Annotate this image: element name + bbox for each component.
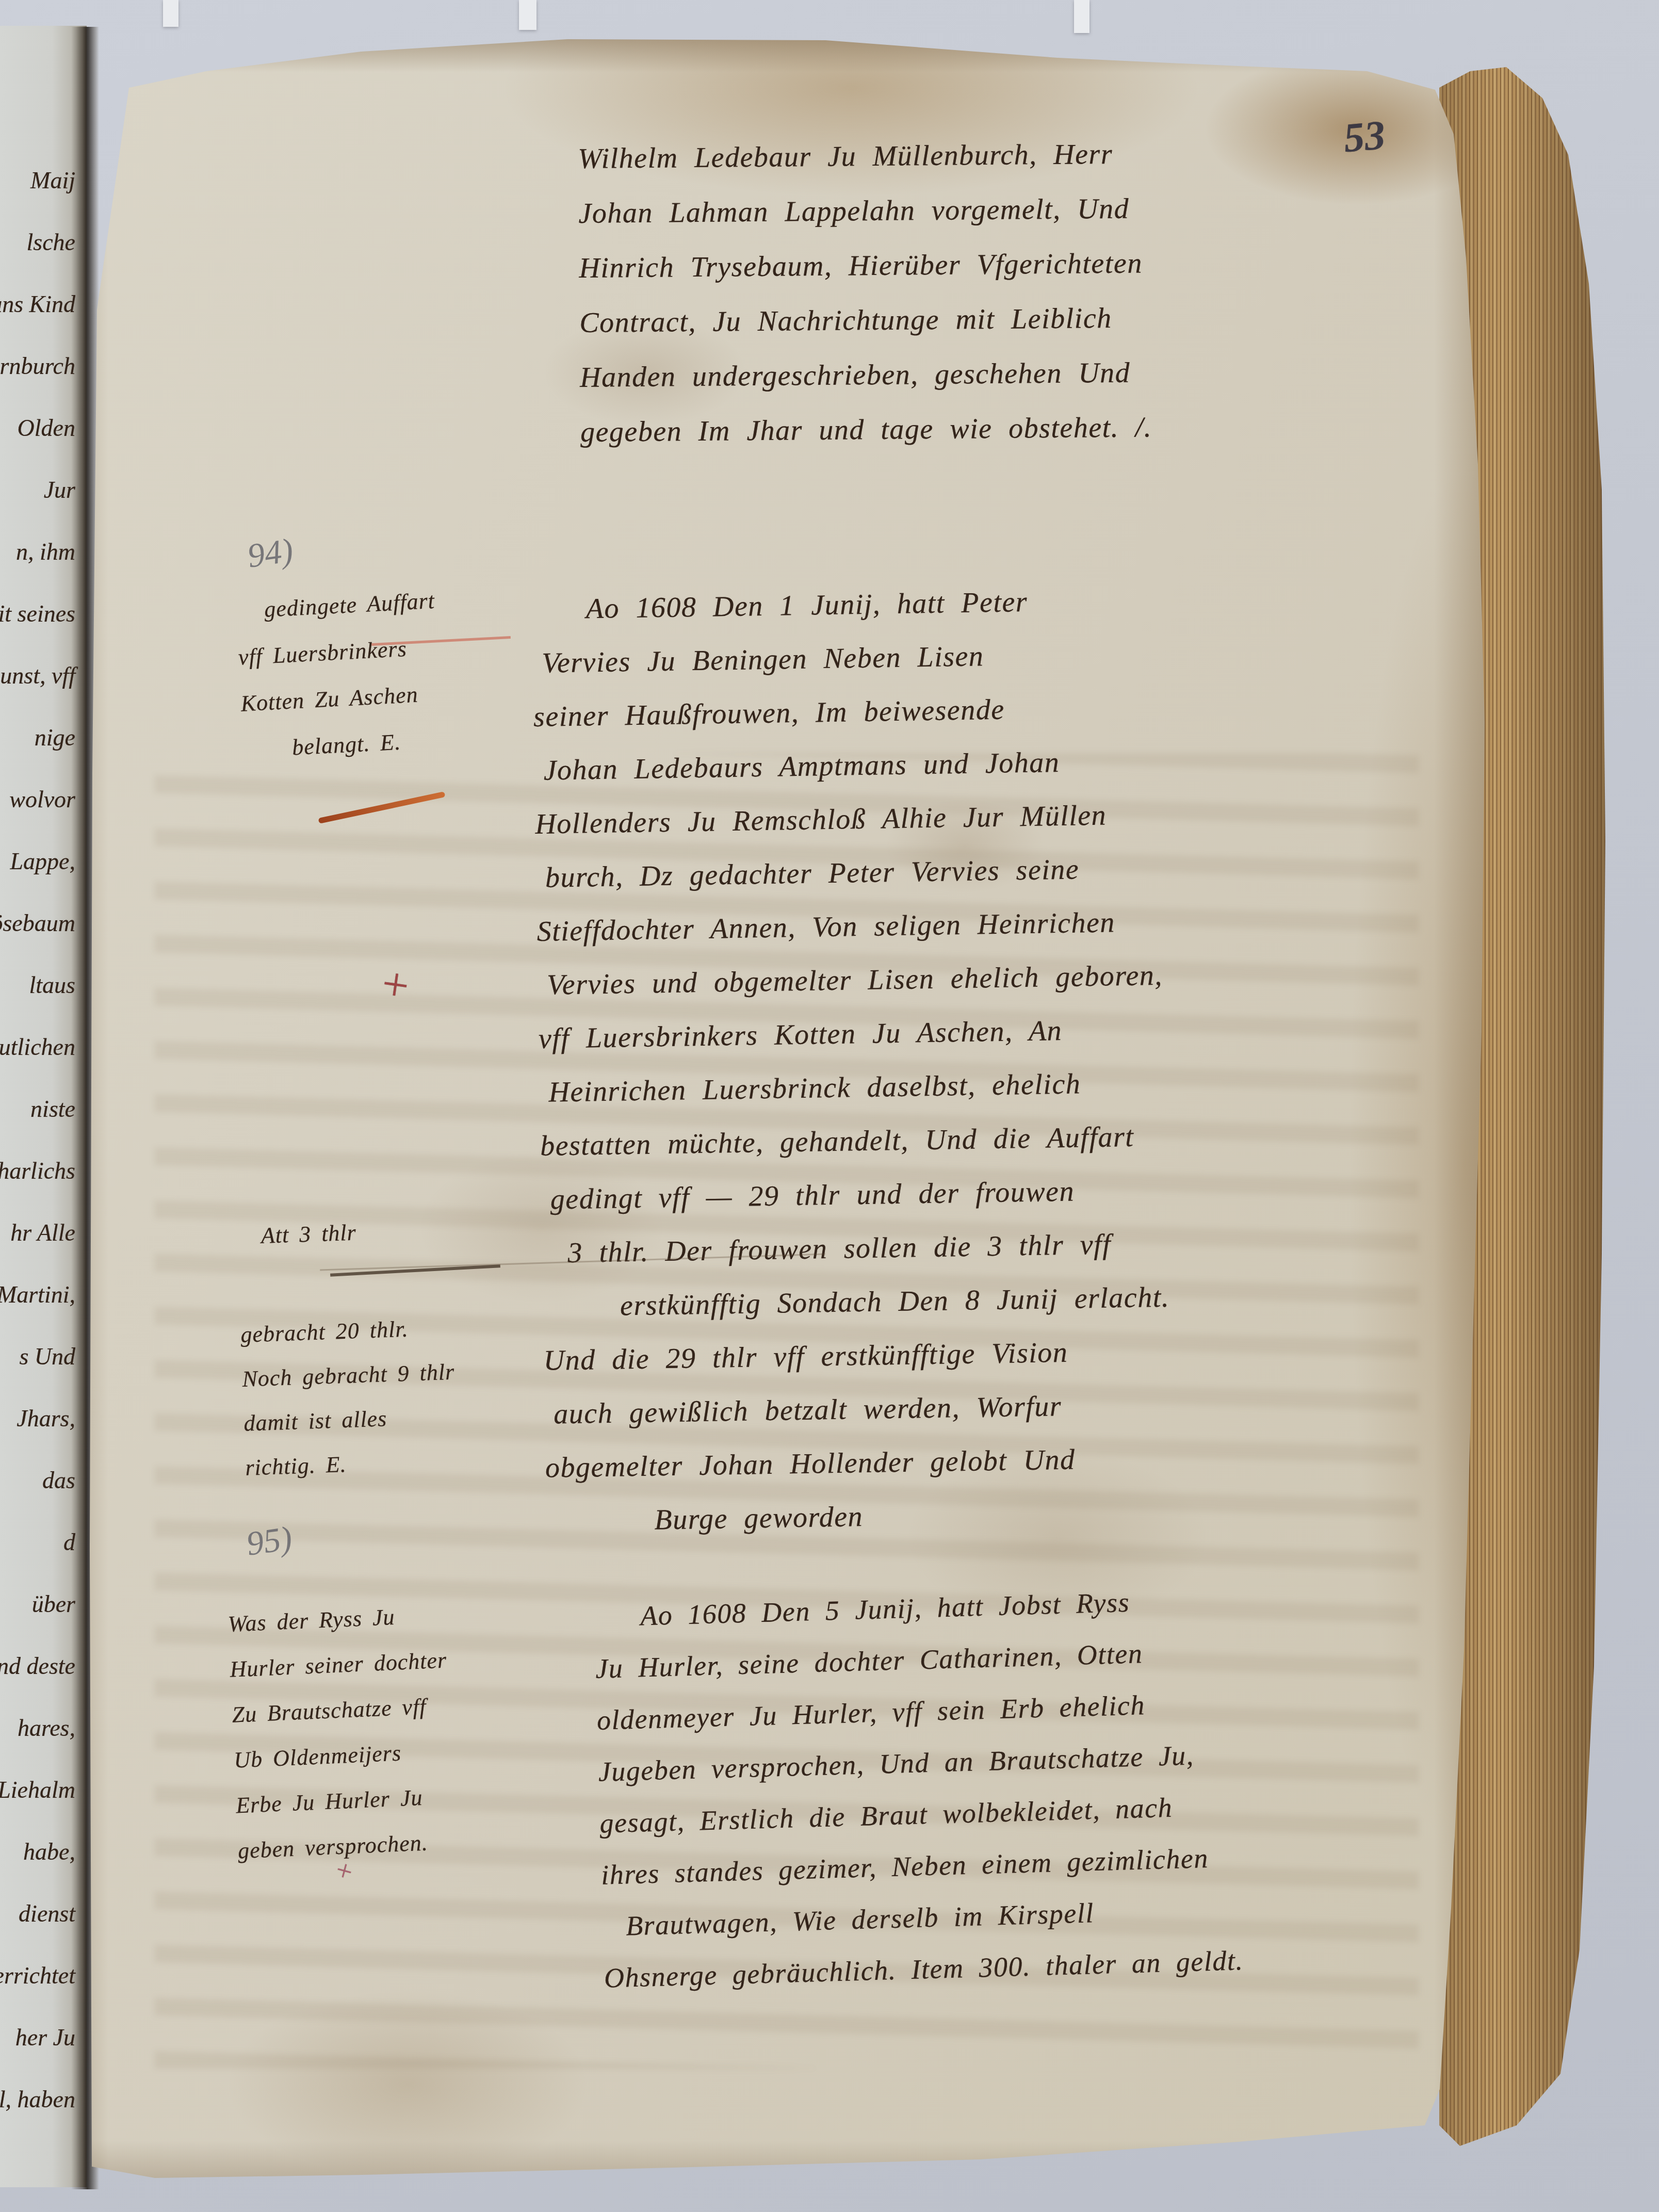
- text-line: Zeit seines: [0, 583, 80, 645]
- text-line: ltaus: [0, 954, 80, 1016]
- text-line: unst, vff: [0, 645, 80, 707]
- text-fragment: ltaus: [29, 954, 75, 1016]
- text-line: utlichen: [0, 1016, 80, 1078]
- text-line: n, ihm: [0, 521, 80, 583]
- text-line: Johan Lahman Lappelahn vorgemelt, Und: [578, 178, 1533, 241]
- text-fragment: hares,: [18, 1697, 75, 1759]
- text-line: dienst: [0, 1883, 80, 1945]
- text-line: Maij: [0, 150, 80, 212]
- text-line: Contract, Ju Nachrichtunge mit Leiblich: [579, 287, 1534, 350]
- text-fragment: über: [32, 1573, 75, 1635]
- text-line: her Ju: [0, 2007, 80, 2069]
- text-line: r Liehalm: [0, 1759, 80, 1821]
- text-line: l, haben: [0, 2069, 80, 2130]
- marginal-number-95: 95): [244, 1519, 295, 1564]
- text-line: Martini,: [0, 1264, 80, 1326]
- text-line: lsche: [0, 212, 80, 273]
- text-line: gegeben Im Jhar und tage wie obstehet. /…: [580, 397, 1535, 460]
- text-line: verrichtet: [0, 1945, 80, 2007]
- margin-note-entry2: Was der Ryss JuHurler seiner dochterZu B…: [227, 1592, 456, 1874]
- marginal-number-94: 94): [245, 531, 296, 576]
- margin-payment-note: gebracht 20 thlr.Noch gebracht 9 thlrdam…: [240, 1306, 459, 1490]
- text-line: damit ist alles: [243, 1394, 457, 1446]
- text-line: uns Kind: [0, 273, 80, 335]
- text-fragment: n, ihm: [16, 521, 75, 583]
- text-fragment: Olden: [18, 397, 75, 459]
- text-line: das: [0, 1450, 80, 1511]
- text-line: Hinrich Trysebaum, Hierüber Vfgerichtete…: [579, 233, 1534, 296]
- text-line: hares,: [0, 1697, 80, 1759]
- text-fragment: hr Alle: [10, 1202, 75, 1264]
- text-fragment: uns Kind: [0, 273, 75, 335]
- text-line: Jur: [0, 459, 80, 521]
- page-marker-tab: [163, 0, 178, 27]
- text-fragment: her Ju: [15, 2007, 75, 2069]
- text-line: belangt. E.: [291, 717, 443, 771]
- text-line: niste: [0, 1078, 80, 1140]
- text-fragment: Martini,: [0, 1264, 75, 1326]
- text-line: Zu Brautschatze vff: [231, 1683, 450, 1737]
- manuscript-page: 53 Wilhelm Ledebaur Ju Müllenburch, Herr…: [77, 31, 1491, 2187]
- text-fragment: scharlichs: [0, 1140, 75, 1202]
- text-fragment: habe,: [23, 1821, 75, 1883]
- text-fragment: dienst: [19, 1883, 75, 1945]
- text-fragment: niste: [30, 1078, 75, 1140]
- text-fragment: rnburch: [0, 335, 75, 397]
- text-line: Wilhelm Ledebaur Ju Müllenburch, Herr: [578, 123, 1533, 186]
- entry1-paragraph: Ao 1608 Den 1 Junij, hatt PeterVervies J…: [531, 567, 1573, 1549]
- text-line: gebracht 20 thlr.: [240, 1306, 454, 1357]
- text-line: nige: [0, 707, 80, 769]
- text-line: gedingete Auffart: [263, 578, 436, 633]
- text-fragment: r Liehalm: [0, 1759, 75, 1821]
- text-line: Jhars,: [0, 1388, 80, 1450]
- left-page-text-fragments: Maijlscheuns KindrnburchOldenJurn, ihmZe…: [0, 150, 80, 2130]
- text-fragment: nige: [35, 707, 75, 769]
- text-line: scharlichs: [0, 1140, 80, 1202]
- text-line: Lappe,: [0, 831, 80, 892]
- text-fragment: Lappe,: [10, 831, 76, 892]
- text-line: trösebaum: [0, 892, 80, 954]
- text-line: hr Alle: [0, 1202, 80, 1264]
- text-line: Und deste: [0, 1635, 80, 1697]
- text-fragment: wolvor: [9, 769, 75, 831]
- text-line: richtig. E.: [245, 1438, 459, 1490]
- text-fragment: trösebaum: [0, 892, 75, 954]
- margin-note-entry1: gedingete Auffartvff LuersbrinkersKotten…: [235, 578, 443, 774]
- text-fragment: das: [42, 1450, 75, 1511]
- text-fragment: unst, vff: [0, 645, 75, 707]
- text-line: s Und: [0, 1326, 80, 1388]
- text-fragment: utlichen: [0, 1016, 75, 1078]
- text-fragment: verrichtet: [0, 1945, 75, 2007]
- text-line: über: [0, 1573, 80, 1635]
- text-line: Handen undergeschrieben, geschehen Und: [580, 342, 1535, 405]
- text-fragment: Jhars,: [17, 1388, 75, 1450]
- text-line: habe,: [0, 1821, 80, 1883]
- text-fragment: s Und: [19, 1326, 75, 1388]
- text-line: rnburch: [0, 335, 80, 397]
- text-fragment: lsche: [26, 212, 75, 273]
- text-fragment: Und deste: [0, 1635, 75, 1697]
- text-line: d: [0, 1511, 80, 1573]
- page-marker-tab: [1074, 0, 1089, 33]
- text-fragment: l, haben: [0, 2069, 75, 2130]
- text-fragment: Zeit seines: [0, 583, 75, 645]
- intro-paragraph: Wilhelm Ledebaur Ju Müllenburch, HerrJoh…: [578, 123, 1535, 460]
- text-line: Noch gebracht 9 thlr: [241, 1350, 456, 1402]
- text-fragment: Maij: [30, 150, 75, 212]
- archive-photo: Maijlscheuns KindrnburchOldenJurn, ihmZe…: [0, 0, 1659, 2212]
- page-marker-tab: [519, 0, 536, 30]
- margin-amount-note: Att 3 thlr: [261, 1219, 357, 1249]
- text-fragment: Jur: [44, 459, 75, 521]
- text-line: Olden: [0, 397, 80, 459]
- text-line: wolvor: [0, 769, 80, 831]
